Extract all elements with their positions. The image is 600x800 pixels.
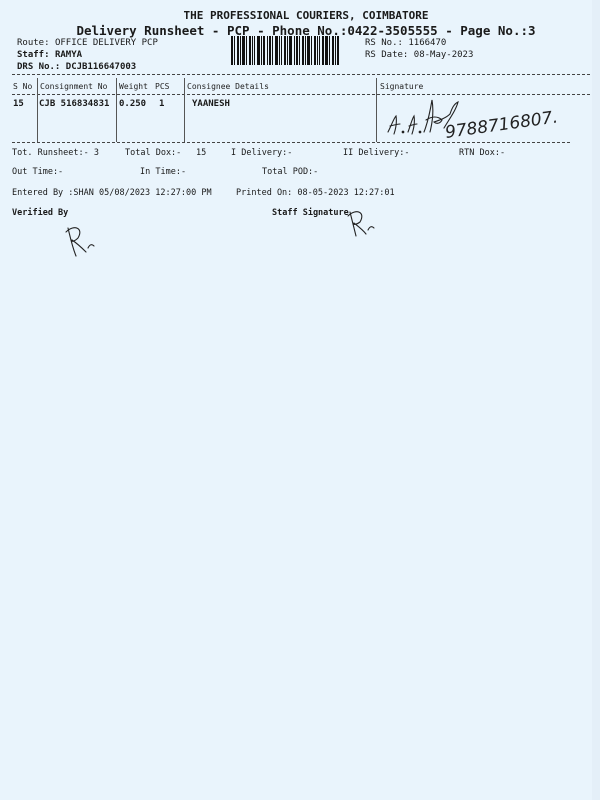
col-divider: [37, 78, 38, 142]
col-header-consignment-no: Consignment No: [40, 82, 107, 91]
col-divider: [184, 78, 185, 142]
handwritten-signature: 9788716807.: [384, 94, 564, 140]
col-divider: [116, 78, 117, 142]
cell-consignment-no: CJB 516834831: [39, 99, 109, 109]
staff-label: Staff:: [17, 50, 50, 60]
rs-date-value: 08-May-2023: [414, 50, 474, 60]
rs-no-label: RS No.:: [365, 38, 403, 48]
ii-delivery: II Delivery:-: [343, 148, 410, 158]
printed-on: Printed On: 08-05-2023 12:27:01: [236, 188, 395, 198]
out-time: Out Time:-: [12, 167, 63, 177]
rtn-dox: RTN Dox:-: [459, 148, 505, 158]
rs-date-label: RS Date:: [365, 50, 408, 60]
staff-signature-label: Staff Signature: [272, 208, 349, 218]
col-header-s-no: S No: [13, 82, 32, 91]
cell-weight: 0.250: [119, 99, 146, 109]
staff-initials: [344, 208, 378, 240]
i-delivery: I Delivery:-: [231, 148, 292, 158]
col-header-signature: Signature: [380, 82, 423, 91]
verified-by-label: Verified By: [12, 208, 68, 218]
drs-value: DCJB116647003: [66, 62, 136, 72]
total-dox-value: 15: [196, 148, 206, 158]
col-divider: [376, 78, 377, 142]
company-title: THE PROFESSIONAL COURIERS, COIMBATORE: [0, 9, 600, 22]
scan-edge: [592, 0, 600, 800]
col-header-weight: Weight: [119, 82, 148, 91]
col-header-pcs: PCS: [155, 82, 169, 91]
rs-no-value: 1166470: [408, 38, 446, 48]
tot-runsheet: Tot. Runsheet:- 3: [12, 148, 99, 158]
cell-s-no: 15: [13, 99, 24, 109]
drs-line: DRS No.: DCJB116647003: [17, 62, 136, 72]
svg-text:9788716807.: 9788716807.: [444, 107, 559, 140]
verified-by-initials: [60, 222, 100, 260]
total-dox-label: Total Dox:-: [125, 148, 181, 158]
route-line: Route: OFFICE DELIVERY PCP: [17, 38, 158, 48]
rs-date-line: RS Date: 08-May-2023: [365, 50, 473, 60]
barcode: [231, 36, 355, 65]
staff-value: RAMYA: [55, 50, 82, 60]
in-time: In Time:-: [140, 167, 186, 177]
total-pod: Total POD:-: [262, 167, 318, 177]
rs-no-line: RS No.: 1166470: [365, 38, 446, 48]
divider-bottom: [12, 142, 570, 143]
cell-pcs: 1: [159, 99, 164, 109]
route-label: Route:: [17, 38, 50, 48]
route-value: OFFICE DELIVERY PCP: [55, 38, 158, 48]
col-header-consignee: Consignee Details: [187, 82, 269, 91]
entered-by: Entered By :SHAN 05/08/2023 12:27:00 PM: [12, 188, 212, 198]
divider-top: [12, 74, 590, 75]
drs-label: DRS No.:: [17, 62, 60, 72]
staff-line: Staff: RAMYA: [17, 50, 82, 60]
cell-consignee: YAANESH: [192, 99, 230, 109]
